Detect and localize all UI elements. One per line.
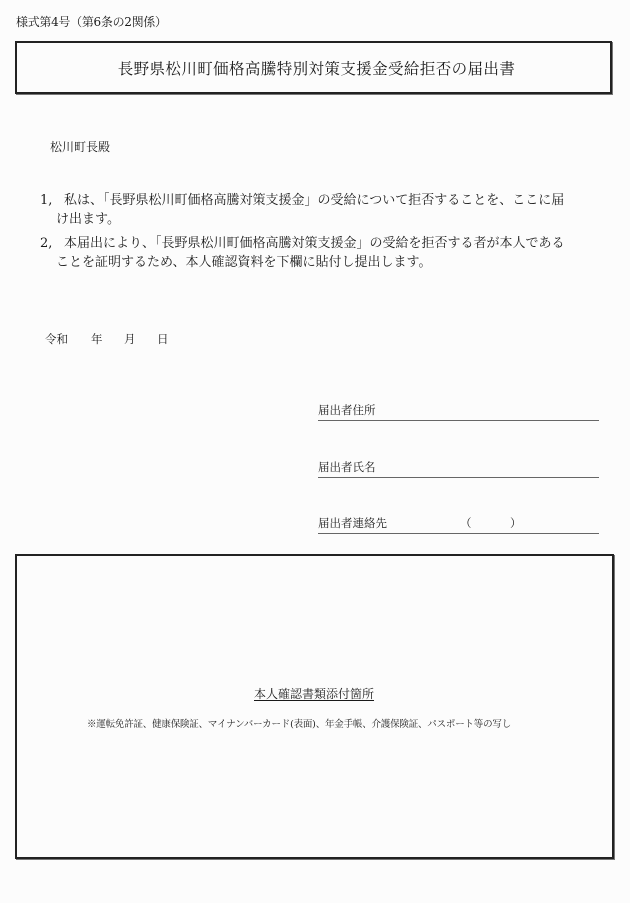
clause-text-line1: 本届出により、「長野県松川町価格高騰対策支援金」の受給を拒否する者が本人である	[64, 236, 565, 251]
name-label: 届出者氏名	[318, 460, 376, 474]
contact-label: 届出者連絡先	[318, 516, 387, 530]
date-day: 日	[157, 331, 169, 347]
clause-1: 1,私は、「長野県松川町価格高騰対策支援金」の受給について拒否することを、ここに…	[40, 191, 600, 229]
contact-paren-open: （	[460, 515, 472, 531]
clause-text-line2: け出ます。	[40, 210, 600, 229]
clause-2: 2,本届出により、「長野県松川町価格高騰対策支援金」の受給を拒否する者が本人であ…	[40, 234, 600, 272]
name-field[interactable]: 届出者氏名	[318, 459, 599, 478]
date-line: 令和年月日	[45, 331, 169, 347]
attachment-note: ※運転免許証、健康保険証、マイナンバーカード(表面)、年金手帳、介護保険証、パス…	[87, 716, 511, 730]
clause-number: 1,	[40, 191, 64, 210]
address-label: 届出者住所	[318, 403, 376, 417]
date-month: 月	[124, 331, 157, 347]
form-number: 様式第4号（第6条の2関係）	[16, 13, 167, 30]
title-box: 長野県松川町価格高騰特別対策支援金受給拒否の届出書	[15, 41, 612, 94]
attachment-title: 本人確認書類添付箇所	[254, 685, 374, 702]
attachment-box	[15, 554, 614, 859]
clause-text-line1: 私は、「長野県松川町価格高騰対策支援金」の受給について拒否することを、ここに届	[64, 193, 564, 208]
date-era: 令和	[45, 331, 91, 347]
document-title: 長野県松川町価格高騰特別対策支援金受給拒否の届出書	[118, 57, 516, 79]
addressee: 松川町長殿	[50, 138, 110, 155]
clause-text-line2: ことを証明するため、本人確認資料を下欄に貼付し提出します。	[40, 253, 600, 272]
address-field[interactable]: 届出者住所	[318, 402, 599, 421]
contact-paren-close: ）	[510, 515, 522, 531]
clause-number: 2,	[40, 234, 64, 253]
contact-field[interactable]: 届出者連絡先 （ ）	[318, 515, 599, 534]
date-year: 年	[91, 331, 124, 347]
